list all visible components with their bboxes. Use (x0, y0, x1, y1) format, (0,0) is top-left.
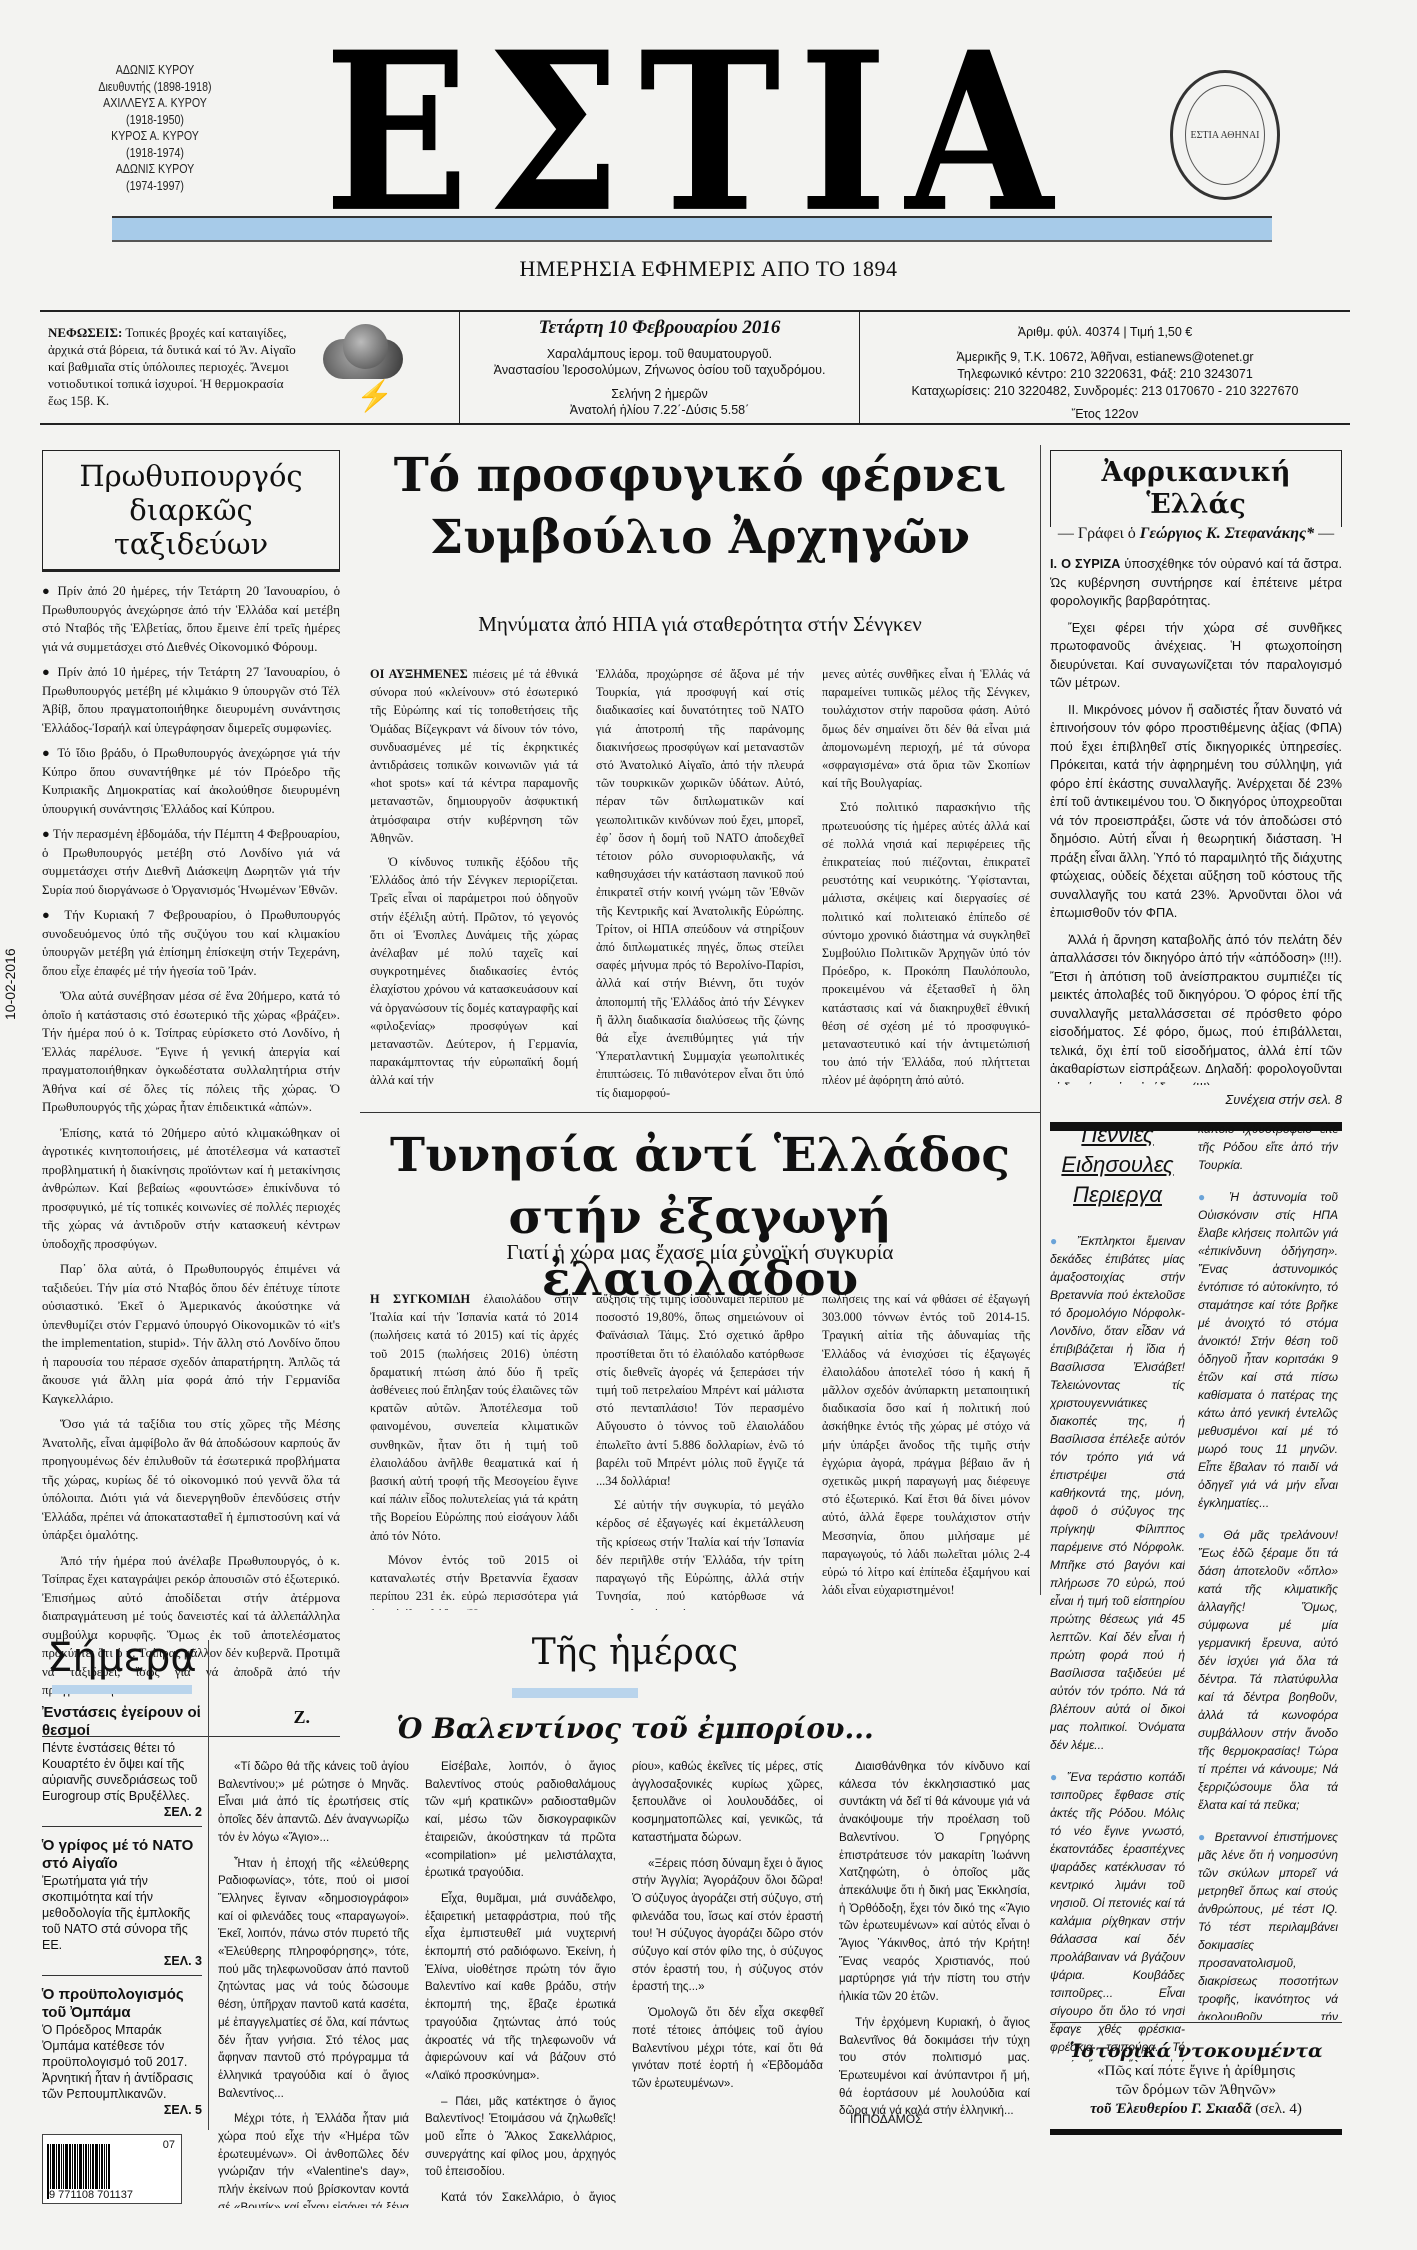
issue-date: Τετάρτη 10 Φεβρουαρίου 2016 (465, 320, 854, 336)
bullet-icon: ● (1050, 1234, 1065, 1248)
masthead-accent-bar (112, 216, 1272, 242)
paragraph: ● Τήν Κυριακή 7 Φεβρουαρίου, ὁ Πρωθυπουρ… (42, 906, 340, 980)
divider (360, 1112, 1040, 1113)
page-ref: ΣΕΛ. 2 (164, 1804, 202, 1820)
page-ref: ΣΕΛ. 3 (164, 1953, 202, 1969)
weather-box: ΝΕΦΩΣΕΙΣ: Τοπικές βροχές καί καταιγίδες,… (40, 312, 460, 423)
moon-phase: Σελήνη 2 ἡμερῶν (465, 386, 854, 402)
opinion-article: Ἀφρικανική Ἑλλάς — Γράφει ὁ Γεώργιος Κ. … (1050, 450, 1342, 1131)
contact-box: Ἀριθμ. φύλ. 40374 | Τιμή 1,50 € Ἀμερικῆς… (860, 312, 1350, 423)
column-divider (208, 1640, 209, 2130)
paragraph: Ἐπίσης, κατά τό 20ήμερο αὐτό κλιμακώθηκα… (42, 1124, 340, 1254)
saints-line: Χαραλάμπους ἱερομ. τοῦ θαυματουργοῦ. (465, 346, 854, 362)
founder-line: Διευθυντής (1898-1918) (57, 79, 253, 96)
article-title: Πρωθυπουργός διαρκῶς ταξιδεύων (42, 450, 340, 572)
info-bar: ΝΕΦΩΣΕΙΣ: Τοπικές βροχές καί καταιγίδες,… (40, 310, 1350, 425)
pm-travel-article: Πρωθυπουργός διαρκῶς ταξιδεύων ● Πρίν ἀπ… (42, 450, 340, 1737)
bullet-icon: ● (1198, 1528, 1213, 1542)
olive-subheadline: Γιατί ἡ χώρα μας ἔχασε μία εὐνοϊκή συγκυ… (360, 1240, 1040, 1265)
divider (1050, 2129, 1342, 2135)
column: αὔξησις τῆς τιμῆς ἰσοδυναμεῖ περίπου μέ … (596, 1290, 804, 1610)
today-item[interactable]: Ὁ προϋπολογισμός τοῦ Ὀμπάμα Ὁ Πρόεδρος Μ… (42, 1986, 202, 2124)
saints-line: Ἀναστασίου Ἱεροσολύμων, Ζήνωνος ὁσίου το… (465, 362, 854, 378)
paragraph: ● Τό ἴδιο βράδυ, ὁ Πρωθυπουργός ἀνεχώρησ… (42, 744, 340, 818)
today-title: Σήμερα (42, 1635, 202, 1681)
column: ΟΙ ΑΥΞΗΜΕΝΕΣ πιέσεις μέ τά ἐθνικά σύνορα… (370, 665, 578, 1105)
opinion-title: Ἀφρικανική Ἑλλάς (1050, 450, 1342, 527)
lead-article-body: ΟΙ ΑΥΞΗΜΕΝΕΣ πιέσεις μέ τά ἐθνικά σύνορα… (370, 665, 1030, 1105)
column-headline: Ὁ Βαλεντίνος τοῦ ἐμπορίου... (230, 1712, 1040, 1745)
publication-year: Ἔτος 122ον (865, 406, 1345, 423)
barcode-issue: 07 (163, 2139, 175, 2151)
founder-line: (1918-1950) (57, 112, 253, 129)
side-date: 10-02-2016 (2, 948, 18, 1020)
founder-line: (1918-1974) (57, 145, 253, 162)
paragraph: Ὅσο γιά τά ταξίδια του στίς χῶρες τῆς Μέ… (42, 1415, 340, 1545)
subscriptions: Καταχωρίσεις: 210 3220482, Συνδρομές: 21… (865, 383, 1345, 400)
paragraph: ● Πρίν ἀπό 20 ἡμέρες, τήν Τετάρτη 20 Ἰαν… (42, 582, 340, 656)
today-item[interactable]: Ὁ γρίφος μέ τό ΝΑΤΟ στό Αἰγαῖο Ἐρωτήματα… (42, 1837, 202, 1976)
gossip-column-2: κάποιο ἰχθυοτροφεῖο εἴτε τῆς Ρόδου εἴτε … (1198, 1120, 1338, 2020)
bullet-icon: ● (1050, 1770, 1060, 1784)
column-body: «Τί δῶρο θά τῆς κάνεις τοῦ ἁγίου Βαλεντί… (218, 1758, 1030, 2208)
founders-list: ΑΔΩΝΙΣ ΚΥΡΟΥ Διευθυντής (1898-1918) ΑΧΙΛ… (57, 62, 253, 194)
accent-bar (52, 1685, 192, 1694)
founder-line: (1974-1997) (57, 178, 253, 195)
gossip-column-1: Πεννιες Ειδησουλες Περιεργα ● Ἔκπληκτοι … (1050, 1120, 1185, 2062)
page-ref: ΣΕΛ. 5 (164, 2102, 202, 2118)
seal-icon: ΕΣΤΙΑ ΑΘΗΝΑΙ (1170, 70, 1280, 200)
author-name: Γεώργιος Κ. Στεφανάκης* (1140, 525, 1314, 542)
founder-line: ΑΔΩΝΙΣ ΚΥΡΟΥ (57, 161, 253, 178)
continued-link[interactable]: Συνέχεια στήν σελ. 8 (1050, 1091, 1342, 1110)
phones: Τηλεφωνικό κέντρο: 210 3220631, Φάξ: 210… (865, 366, 1345, 383)
paragraph: ● Πρίν ἀπό 10 ἡμέρες, τήν Τετάρτη 27 Ἰαν… (42, 663, 340, 737)
article-body: ● Πρίν ἀπό 20 ἡμέρες, τήν Τετάρτη 20 Ἰαν… (42, 582, 340, 1700)
founder-line: ΑΧΙΛΛΕΥΣ Α. ΚΥΡΟΥ (57, 95, 253, 112)
founder-line: ΚΥΡΟΣ Α. ΚΥΡΟΥ (57, 128, 253, 145)
gossip-title: Περιεργα (1050, 1180, 1185, 1210)
address: Ἀμερικῆς 9, Τ.Κ. 10672, Ἀθῆναι, estianew… (865, 349, 1345, 366)
section-title: Τῆς ἡμέρας (230, 1632, 1040, 1673)
weather-label: ΝΕΦΩΣΕΙΣ: (48, 325, 122, 340)
today-sidebar: Σήμερα Ἐνστάσεις ἐγείρουν οἱ θεσμοί Πέντ… (42, 1635, 202, 2204)
column-divider (1040, 445, 1041, 1595)
olive-article-body: Η ΣΥΓΚΟΜΙΔΗ ἐλαιολάδου στήν Ἰταλία καί τ… (370, 1290, 1030, 1610)
teaser-title: Ἱστορικά ντοκουμέντα (1050, 2040, 1342, 2062)
lead-headline: Τό προσφυγικό φέρνει Συμβούλιο Ἀρχηγῶν (360, 445, 1040, 569)
column: Ἑλλάδα, προχώρησε σέ ἄξονα μέ τήν Τουρκί… (596, 665, 804, 1105)
paragraph: Παρ᾽ ὅλα αὐτά, ὁ Πρωθυπουργός ἐπιμένει ν… (42, 1260, 340, 1408)
opinion-body: I. Ο ΣΥΡΙΖΑ ὑποσχέθηκε τόν οὐρανό καί τά… (1050, 555, 1342, 1085)
date-box: Τετάρτη 10 Φεβρουαρίου 2016 Χαραλάμπους … (460, 312, 860, 423)
divider (1050, 2022, 1342, 2023)
issue-price: Ἀριθμ. φύλ. 40374 | Τιμή 1,50 € (865, 324, 1345, 341)
paragraph: ● Τήν περασμένη ἑβδομάδα, τήν Πέμπτη 4 Φ… (42, 825, 340, 899)
gossip-title: Ειδησουλες (1050, 1150, 1185, 1180)
bullet-icon: ● (1198, 1190, 1216, 1204)
column: πωλήσεις της καί νά φθάσει σέ ἐξαγωγή 30… (822, 1290, 1030, 1610)
olive-headline: Τυνησία ἀντί Ἑλλάδος στήν ἐξαγωγή ἐλαιολ… (360, 1125, 1040, 1311)
gossip-title: Πεννιες (1050, 1120, 1185, 1150)
column: μενες αὐτές συνθῆκες εἶναι ἡ Ἑλλάς νά πα… (822, 665, 1030, 1105)
byline: — Γράφει ὁ Γεώργιος Κ. Στεφανάκης* — (1050, 525, 1342, 543)
storm-cloud-icon: ⚡ (318, 324, 408, 414)
barcode-number: 9 771108 701137 (49, 2189, 133, 2201)
accent-bar (512, 1688, 638, 1698)
today-item[interactable]: Ἐνστάσεις ἐγείρουν οἱ θεσμοί Πέντε ἐνστά… (42, 1704, 202, 1827)
seal-label: ΕΣΤΙΑ ΑΘΗΝΑΙ (1185, 85, 1265, 185)
lead-word: Η ΣΥΓΚΟΜΙΔΗ (370, 1292, 470, 1306)
founder-line: ΑΔΩΝΙΣ ΚΥΡΟΥ (57, 62, 253, 79)
column-signature: ΙΠΠΟΔΑΜΟΣ (850, 2112, 923, 2126)
sun-times: Ἀνατολή ἡλίου 7.22΄-Δύσις 5.58΄ (465, 402, 854, 418)
lead-word: ΟΙ ΑΥΞΗΜΕΝΕΣ (370, 667, 468, 681)
bullet-icon: ● (1198, 1830, 1208, 1844)
paragraph: Ὅλα αὐτά συνέβησαν μέσα σέ ἕνα 20ήμερο, … (42, 987, 340, 1117)
historic-docs-teaser[interactable]: Ἱστορικά ντοκουμέντα «Πῶς καί πότε ἔγινε… (1050, 2040, 1342, 2135)
barcode: 9 771108 701137 07 (42, 2134, 182, 2204)
newspaper-logo: ΕΣΤΙΑ (290, 47, 1105, 220)
lead-subheadline: Μηνύματα ἀπό ΗΠΑ γιά σταθερότητα στήν Σέ… (360, 612, 1040, 637)
column: Η ΣΥΓΚΟΜΙΔΗ ἐλαιολάδου στήν Ἰταλία καί τ… (370, 1290, 578, 1610)
tagline: ΗΜΕΡΗΣΙΑ ΕΦΗΜΕΡΙΣ ΑΠΟ ΤΟ 1894 (0, 256, 1417, 282)
